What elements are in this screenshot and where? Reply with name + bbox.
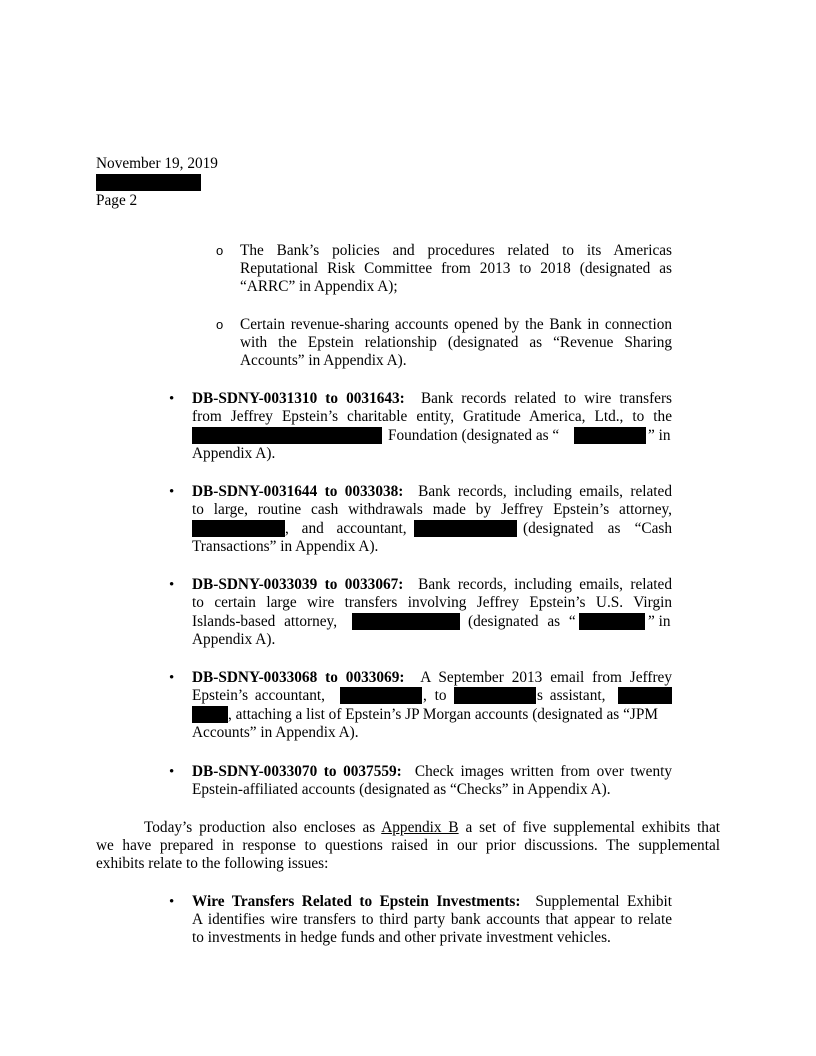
text-line: to certain large wire transfers involvin… bbox=[192, 594, 672, 612]
redacted-assistant-name-part2 bbox=[192, 706, 228, 723]
bates-range: DB-SDNY-0031644 to 0033038: bbox=[192, 483, 403, 500]
text-line: Epstein-affiliated accounts (designated … bbox=[192, 781, 611, 799]
text-line: exhibits relate to the following issues: bbox=[96, 855, 328, 873]
redacted-recipient bbox=[96, 174, 201, 191]
text-line: Appendix A). bbox=[192, 445, 275, 463]
text-line: “ARRC” in Appendix A); bbox=[240, 278, 398, 296]
text-line: DB-SDNY-0031644 to 0033038: Bank records… bbox=[192, 483, 672, 501]
bates-range: DB-SDNY-0033039 to 0033067: bbox=[192, 576, 403, 593]
text-line: Appendix A). bbox=[192, 631, 275, 649]
text-line: Islands-based attorney, bbox=[192, 613, 337, 631]
text-line: to large, routine cash withdrawals made … bbox=[192, 501, 672, 519]
text-span: Bank records, including emails, related bbox=[418, 483, 672, 500]
page-number: Page 2 bbox=[96, 192, 137, 210]
text-line: to investments in hedge funds and other … bbox=[192, 929, 611, 947]
bullet-icon: • bbox=[169, 763, 174, 781]
text-line: Today’s production also encloses as Appe… bbox=[144, 819, 720, 837]
text-line: , attaching a list of Epstein’s JP Morga… bbox=[228, 706, 658, 724]
text-span: Bank records related to wire transfers bbox=[421, 390, 672, 407]
redacted-attorney-name bbox=[192, 520, 285, 537]
redacted-assistant-name-part1 bbox=[618, 687, 672, 704]
text-line: Accounts” in Appendix A). bbox=[240, 352, 407, 370]
text-line: Accounts” in Appendix A). bbox=[192, 724, 359, 742]
text-line: Wire Transfers Related to Epstein Invest… bbox=[192, 893, 672, 911]
text-line: Certain revenue-sharing accounts opened … bbox=[240, 316, 672, 334]
redacted-designation bbox=[574, 427, 646, 444]
text-line: , to bbox=[423, 687, 447, 705]
circle-bullet-icon: o bbox=[216, 242, 223, 260]
text-line: DB-SDNY-0033068 to 0033069: A September … bbox=[192, 669, 672, 687]
document-page: November 19, 2019 Page 2 o The Bank’s po… bbox=[0, 0, 816, 1056]
redacted-name bbox=[454, 687, 536, 704]
text-line: DB-SDNY-0033039 to 0033067: Bank records… bbox=[192, 576, 672, 594]
text-line: The Bank’s policies and procedures relat… bbox=[240, 242, 672, 260]
letter-date: November 19, 2019 bbox=[96, 155, 218, 173]
redacted-accountant-name bbox=[340, 687, 422, 704]
bates-range: DB-SDNY-0031310 to 0031643: bbox=[192, 390, 405, 407]
text-line: (designated as “ bbox=[468, 613, 576, 631]
text-line: (designated as “Cash bbox=[523, 520, 672, 538]
text-line: DB-SDNY-0033070 to 0037559: Check images… bbox=[192, 763, 672, 781]
text-line: , and accountant, bbox=[285, 520, 407, 538]
text-line: from Jeffrey Epstein’s charitable entity… bbox=[192, 408, 672, 426]
circle-bullet-icon: o bbox=[216, 316, 223, 334]
text-span: Supplemental Exhibit bbox=[535, 893, 672, 910]
bullet-icon: • bbox=[169, 576, 174, 594]
bullet-icon: • bbox=[169, 390, 174, 408]
redacted-usvi-attorney-name bbox=[352, 613, 460, 630]
appendix-b-reference: Appendix B bbox=[381, 819, 458, 836]
text-line: Foundation (designated as “ bbox=[388, 427, 559, 445]
redacted-accountant-name bbox=[414, 520, 517, 537]
text-line: we have prepared in response to question… bbox=[96, 837, 720, 855]
bullet-icon: • bbox=[169, 669, 174, 687]
supplemental-heading: Wire Transfers Related to Epstein Invest… bbox=[192, 893, 520, 910]
bullet-icon: • bbox=[169, 483, 174, 501]
text-line: with the Epstein relationship (designate… bbox=[240, 334, 672, 352]
text-line: s assistant, bbox=[537, 687, 605, 705]
text-line: ” in bbox=[648, 427, 671, 445]
bates-range: DB-SDNY-0033070 to 0037559: bbox=[192, 763, 402, 780]
redacted-foundation-name bbox=[192, 427, 382, 444]
text-line: ” in bbox=[648, 613, 671, 631]
text-line: Epstein’s accountant, bbox=[192, 687, 325, 705]
bates-range: DB-SDNY-0033068 to 0033069: bbox=[192, 669, 404, 686]
text-span: A September 2013 email from Jeffrey bbox=[420, 669, 672, 686]
text-line: Transactions” in Appendix A). bbox=[192, 538, 378, 556]
text-span: Check images written from over twenty bbox=[415, 763, 672, 780]
text-line: Reputational Risk Committee from 2013 to… bbox=[240, 260, 672, 278]
text-span: Today’s production also encloses as bbox=[144, 819, 375, 836]
text-line: A identifies wire transfers to third par… bbox=[192, 911, 672, 929]
redacted-designation bbox=[579, 613, 645, 630]
text-line: DB-SDNY-0031310 to 0031643: Bank records… bbox=[192, 390, 672, 408]
text-span: Bank records, including emails, related bbox=[418, 576, 672, 593]
text-span: a set of five supplemental exhibits that bbox=[466, 819, 720, 836]
bullet-icon: • bbox=[169, 893, 174, 911]
